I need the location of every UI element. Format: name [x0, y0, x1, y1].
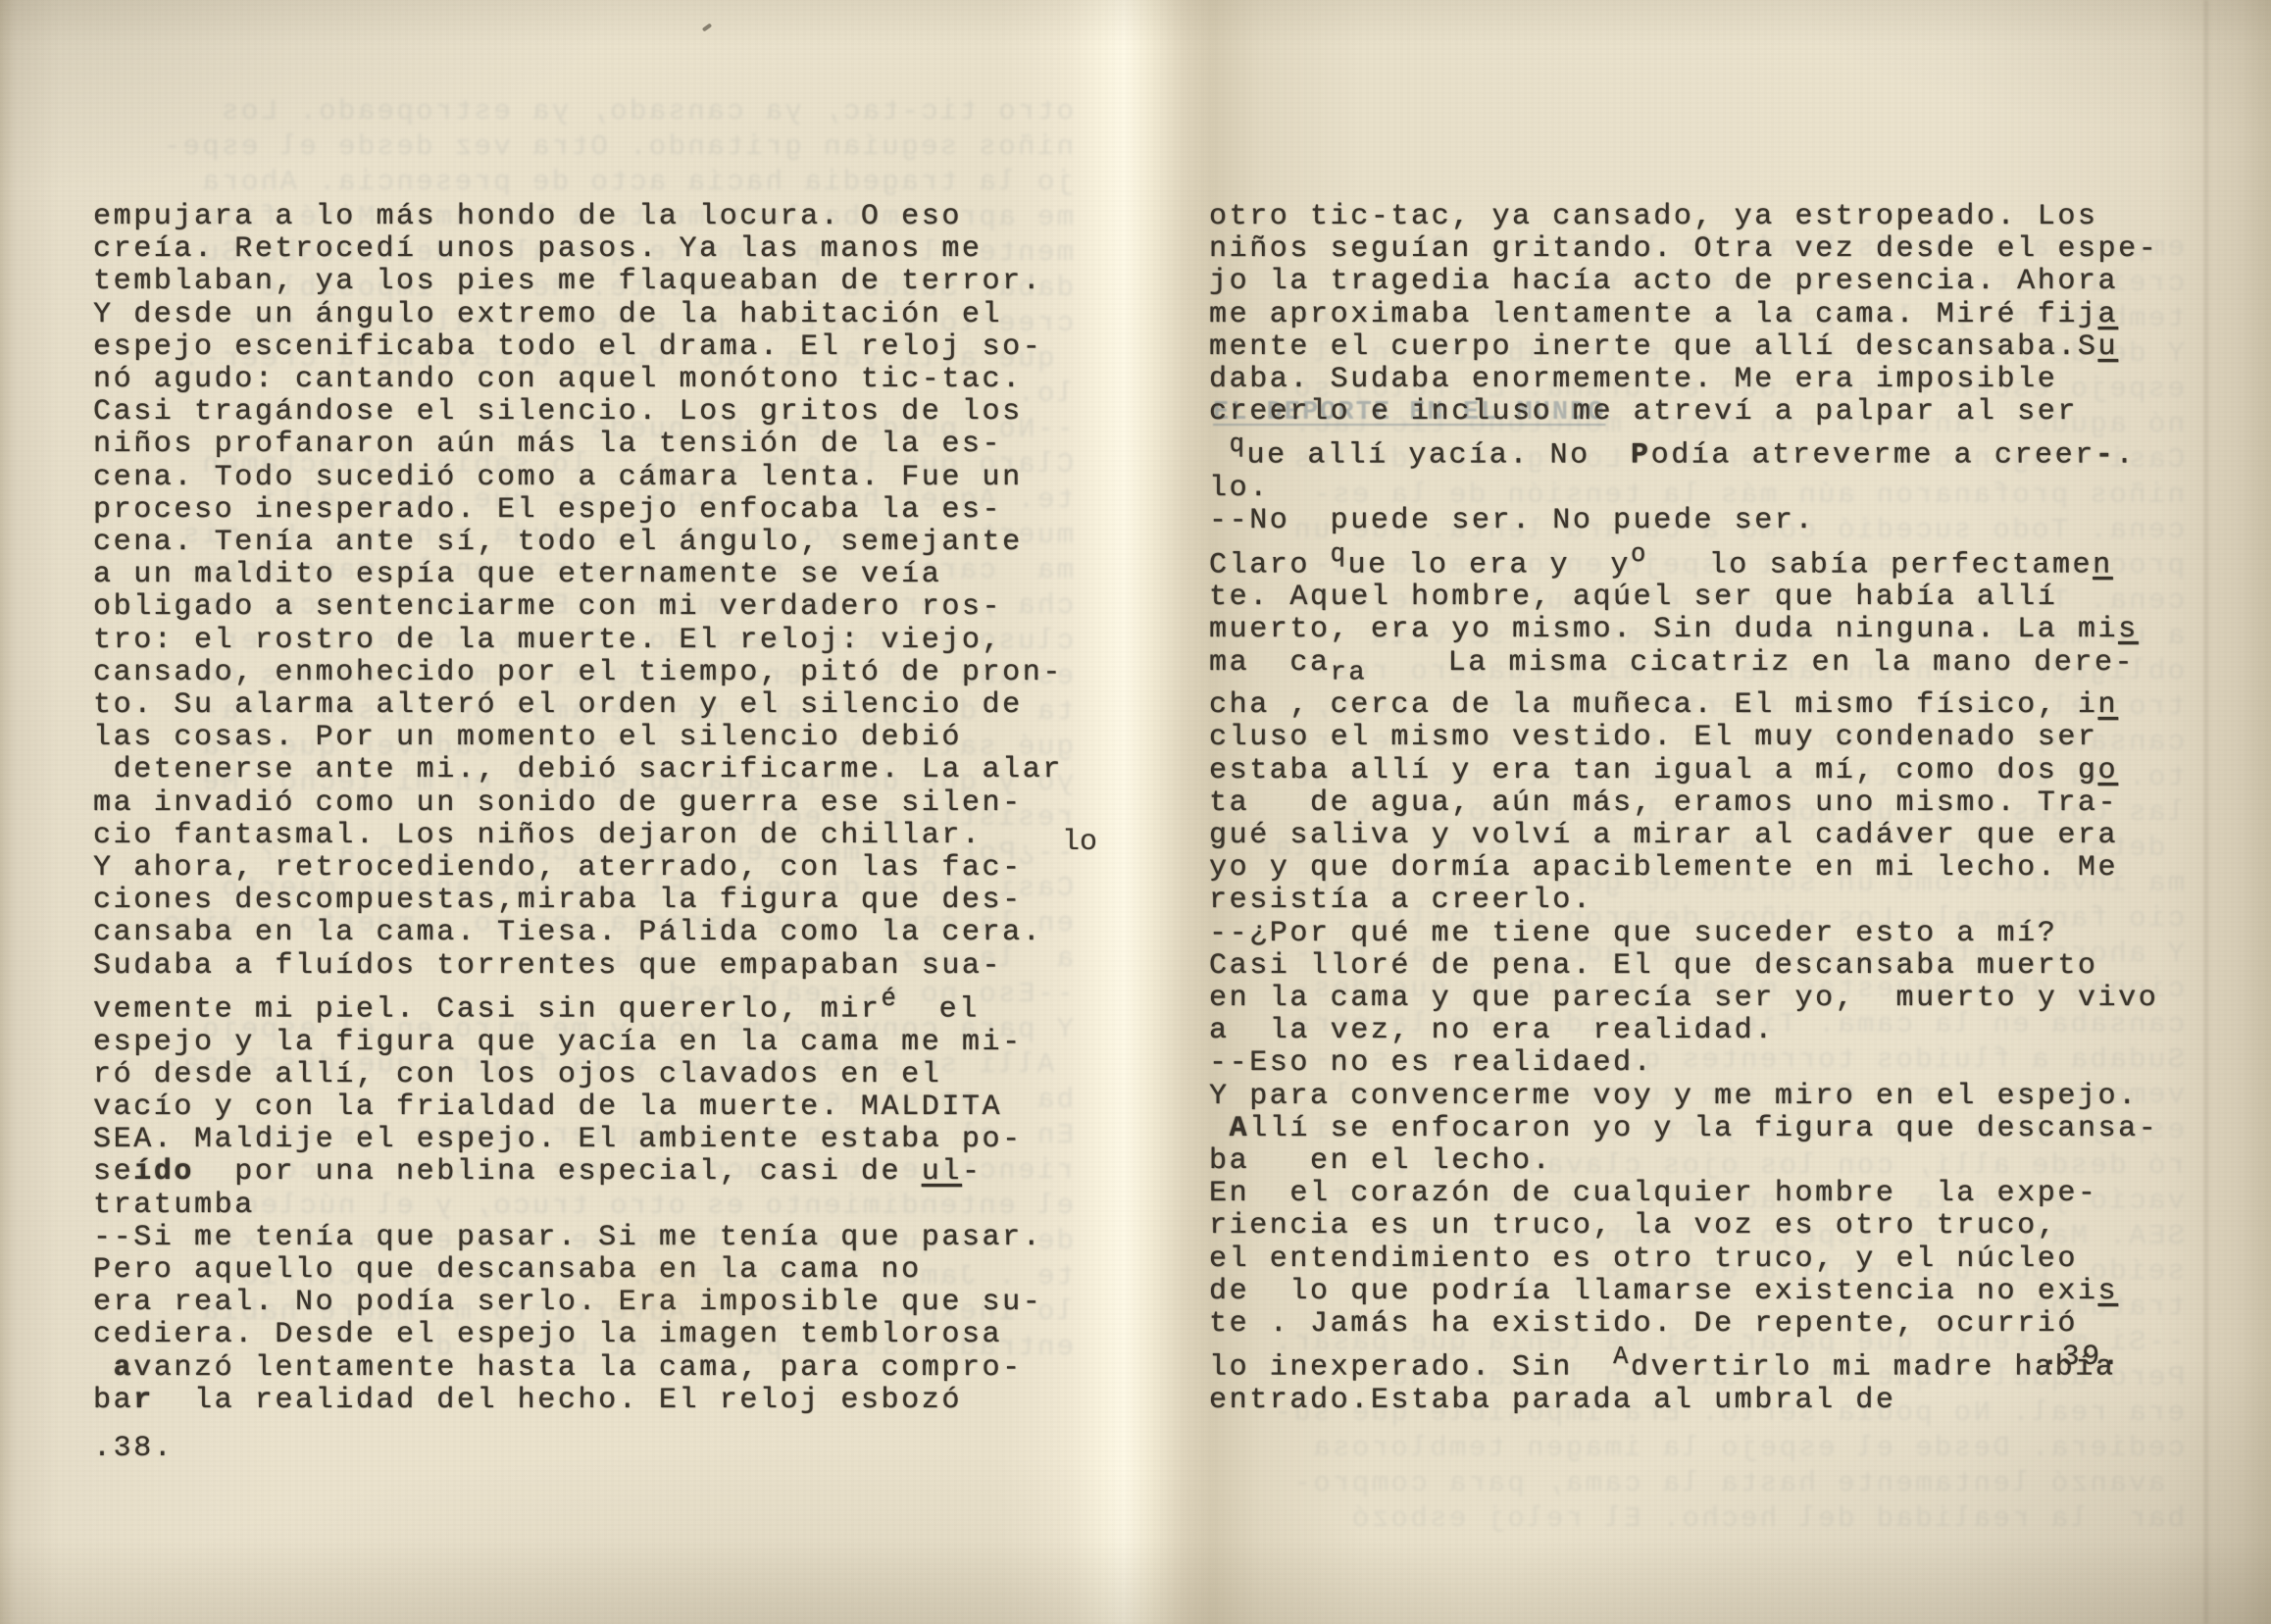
ghost-line: niños seguían gritando. Otra vez desde e… — [74, 129, 1074, 165]
text-line: niños seguían gritando. Otra vez desde e… — [1209, 233, 2158, 266]
text-line: creía. Retrocedí unos pasos. Ya las mano… — [93, 233, 1063, 266]
text-line: ta de agua, aún más, eramos uno mismo. T… — [1209, 787, 2158, 820]
text-line: tro: el rostro de la muerte. El reloj: v… — [93, 625, 1063, 657]
text-line: cansaba en la cama. Tiesa. Pálida como l… — [93, 917, 1063, 949]
text-line: cena. Todo sucedió como a cámara lenta. … — [93, 462, 1063, 494]
text-line: obligado a sentenciarme con mi verdadero… — [93, 591, 1063, 624]
text-line: Casi lloré de pena. El que descansaba mu… — [1209, 950, 2158, 983]
text-line: SEA. Maldije el espejo. El ambiente esta… — [93, 1124, 1063, 1156]
text-line: ciones descompuestas,miraba la figura qu… — [93, 885, 1063, 917]
text-line: cio fantasmal. Los niños dejaron de chil… — [93, 820, 1063, 852]
text-line: Sudaba a fluídos torrentes que empapaban… — [93, 950, 1063, 983]
ghost-line: avanzó lentamente hasta la cama, para co… — [1204, 1466, 2185, 1501]
text-line: el entendimiento es otro truco, y el núc… — [1209, 1243, 2158, 1276]
text-line: muerto, era yo mismo. Sin duda ninguna. … — [1209, 614, 2158, 646]
text-line: entrado.Estaba parada al umbral de — [1209, 1385, 2158, 1417]
text-line: a un maldito espía que eternamente se ve… — [93, 559, 1063, 591]
right-page-number: .39. — [2042, 1341, 2122, 1374]
text-line: las cosas. Por un momento el silencio de… — [93, 722, 1063, 754]
text-line: Casi tragándose el silencio. Los gritos … — [93, 396, 1063, 429]
text-line: ba en el lecho. — [1209, 1145, 2158, 1178]
ghost-line: otro tic-tac, ya cansado, ya estropeado.… — [74, 94, 1074, 129]
text-line: ró desde allí, con los ojos clavados en … — [93, 1059, 1063, 1091]
text-line: cansado, enmohecido por el tiempo, pitó … — [93, 657, 1063, 689]
text-line: to. Su alarma alteró el orden y el silen… — [93, 689, 1063, 722]
text-line: --No puede ser. No puede ser. — [1209, 505, 2158, 537]
text-line: que allí yacía. No Podía atreverme a cre… — [1209, 429, 2158, 473]
text-line: avanzó lentamente hasta la cama, para co… — [93, 1352, 1063, 1385]
page-edge-crease — [2202, 0, 2210, 1624]
text-line: --¿Por qué me tiene que suceder esto a m… — [1209, 918, 2158, 950]
ghost-line: cediera. Desde el espejo la imagen tembl… — [1204, 1431, 2185, 1466]
text-line: Y desde un ángulo extremo de la habitaci… — [93, 299, 1063, 331]
book-scan: otro tic-tac, ya cansado, ya estropeado.… — [0, 0, 2271, 1624]
text-line: empujara a lo más hondo de la locura. O … — [93, 201, 1063, 233]
ghost-line: jo la tragedia hacía acto de presencia. … — [74, 165, 1074, 200]
text-line: espejo y la figura que yacía en la cama … — [93, 1027, 1063, 1059]
text-line: vemente mi piel. Casi sin quererlo, miré… — [93, 983, 1063, 1027]
text-line: seído por una neblina especial, casi de … — [93, 1156, 1063, 1189]
text-line: a la vez, no era realidad. — [1209, 1015, 2158, 1047]
text-line: --Eso no es realidaed. — [1209, 1047, 2158, 1080]
ink-speck — [702, 23, 712, 31]
text-line: ma invadió como un sonido de guerra ese … — [93, 787, 1063, 820]
text-line: Allí se enfocaron yo y la figura que des… — [1209, 1113, 2158, 1145]
text-line: te . Jamás ha existido. De repente, ocur… — [1209, 1308, 2158, 1341]
text-line: ma cara La misma cicatriz en la mano der… — [1209, 647, 2158, 690]
text-line: Y para convencerme voy y me miro en el e… — [1209, 1081, 2158, 1113]
text-line: yo y que dormía apaciblemente en mi lech… — [1209, 852, 2158, 885]
text-line: jo la tragedia hacía acto de presencia. … — [1209, 266, 2158, 298]
text-line: cha , cerca de la muñeca. El mismo físic… — [1209, 689, 2158, 722]
text-line: riencia es un truco, la voz es otro truc… — [1209, 1210, 2158, 1243]
text-line: cena. Tenía ante sí, todo el ángulo, sem… — [93, 527, 1063, 559]
text-line: creerlo e incluso me atreví a palpar al … — [1209, 396, 2158, 429]
text-line: Claro que lo era y yo lo sabía perfectam… — [1209, 538, 2158, 583]
text-line: mente el cuerpo inerte que allí descansa… — [1209, 331, 2158, 364]
text-line: resistía a creerlo. — [1209, 885, 2158, 917]
text-line: Y ahora, retrocediendo, aterrado, con la… — [93, 852, 1063, 885]
gutter-stray-text: lo — [1062, 826, 1097, 859]
text-line: lo inexperado. Sin Advertirlo mi madre h… — [1209, 1341, 2158, 1385]
text-line: te. Aquel hombre, aqúel ser que había al… — [1209, 582, 2158, 614]
text-line: tratumba — [93, 1190, 1063, 1222]
left-page-text: empujara a lo más hondo de la locura. O … — [93, 201, 1063, 1417]
text-line: daba. Sudaba enormemente. Me era imposib… — [1209, 364, 2158, 396]
text-line: en la cama y que parecía ser yo, muerto … — [1209, 983, 2158, 1015]
text-line: proceso inesperado. El espejo enfocaba l… — [93, 494, 1063, 527]
text-line: lo. — [1209, 473, 2158, 505]
text-line: temblaban, ya los pies me flaqueaban de … — [93, 266, 1063, 298]
text-line: me aproximaba lentamente a la cama. Miré… — [1209, 299, 2158, 331]
text-line: niños profanaron aún más la tensión de l… — [93, 429, 1063, 461]
text-line: vacío y con la frialdad de la muerte. MA… — [93, 1091, 1063, 1124]
text-line: de lo que podría llamarse existencia no … — [1209, 1276, 2158, 1308]
text-line: espejo escenificaba todo el drama. El re… — [93, 331, 1063, 364]
right-page-text: otro tic-tac, ya cansado, ya estropeado.… — [1209, 201, 2158, 1417]
ghost-line: bar la realidad del hecho. El reloj esbo… — [1204, 1501, 2185, 1537]
paper-stain — [549, 1226, 804, 1363]
text-line: gué saliva y volví a mirar al cadáver qu… — [1209, 820, 2158, 852]
text-line: otro tic-tac, ya cansado, ya estropeado.… — [1209, 201, 2158, 233]
left-page-number: .38. — [93, 1432, 174, 1465]
text-line: bar la realidad del hecho. El reloj esbo… — [93, 1385, 1063, 1417]
text-line: En el corazón de cualquier hombre la exp… — [1209, 1178, 2158, 1210]
text-line: detenerse ante mi., debió sacrificarme. … — [93, 754, 1063, 787]
text-line: cluso el mismo vestido. El muy condenado… — [1209, 722, 2158, 754]
text-line: estaba allí y era tan igual a mí, como d… — [1209, 755, 2158, 787]
text-line: nó agudo: cantando con aquel monótono ti… — [93, 364, 1063, 396]
